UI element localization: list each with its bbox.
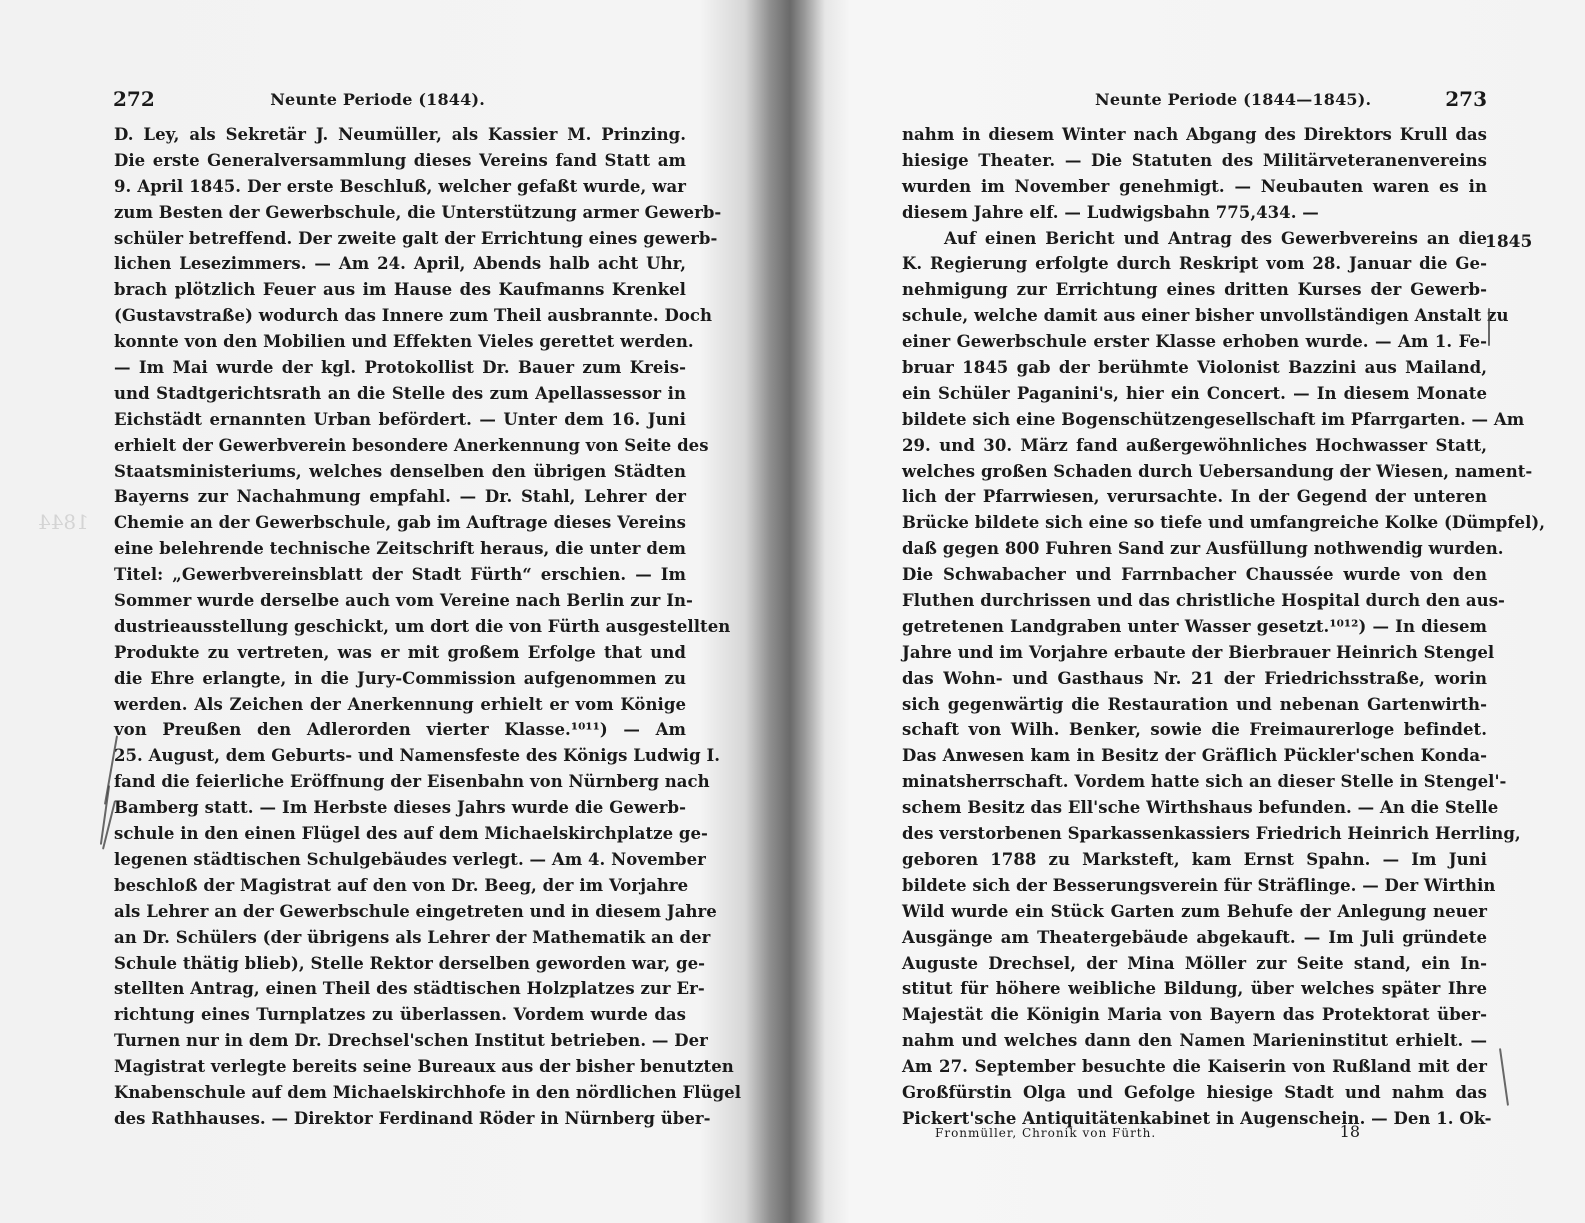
- left-page: 1844 272 Neunte Periode (1844). D. Ley, …: [0, 0, 760, 1223]
- text-line: sich gegenwärtig die Restauration und ne…: [902, 692, 1487, 718]
- pencil-mark: [1499, 1048, 1509, 1106]
- text-line: daß gegen 800 Fuhren Sand zur Ausfüllung…: [902, 536, 1487, 562]
- right-body-text: nahm in diesem Winter nach Abgang des Di…: [902, 122, 1487, 1132]
- text-line: Das Anwesen kam in Besitz der Gräflich P…: [902, 743, 1487, 769]
- text-line: einer Gewerbschule erster Klasse erhoben…: [902, 329, 1487, 355]
- text-line: Auguste Drechsel, der Mina Möller zur Se…: [902, 951, 1487, 977]
- text-line: und Stadtgerichtsrath an die Stelle des …: [114, 381, 686, 407]
- text-line: Magistrat verlegte bereits seine Bureaux…: [114, 1054, 686, 1080]
- margin-year-note: 1845: [1485, 232, 1532, 252]
- text-line: lichen Lesezimmers. — Am 24. April, Aben…: [114, 251, 686, 277]
- text-line: Brücke bildete sich eine so tiefe und um…: [902, 510, 1487, 536]
- text-line: Majestät die Königin Maria von Bayern da…: [902, 1002, 1487, 1028]
- text-line: konnte von den Mobilien und Effekten Vie…: [114, 329, 686, 355]
- text-line: Jahre und im Vorjahre erbaute der Bierbr…: [902, 640, 1487, 666]
- text-line: Chemie an der Gewerbschule, gab im Auftr…: [114, 510, 686, 536]
- text-line: geboren 1788 zu Marksteft, kam Ernst Spa…: [902, 847, 1487, 873]
- text-line: Produkte zu vertreten, was er mit großem…: [114, 640, 686, 666]
- text-line: minatsherrschaft. Vordem hatte sich an d…: [902, 769, 1487, 795]
- printer-signature: Fronmüller, Chronik von Fürth.: [935, 1126, 1156, 1140]
- text-line: Bamberg statt. — Im Herbste dieses Jahrs…: [114, 795, 686, 821]
- text-line: eine belehrende technische Zeitschrift h…: [114, 536, 686, 562]
- left-body-text: D. Ley, als Sekretär J. Neumüller, als K…: [114, 122, 686, 1132]
- right-running-head: Neunte Periode (1844—1845). 273: [910, 86, 1487, 112]
- page-footer: Fronmüller, Chronik von Fürth. 18: [935, 1122, 1455, 1141]
- text-line: schaft von Wilh. Benker, sowie die Freim…: [902, 717, 1487, 743]
- text-line: schüler betreffend. Der zweite galt der …: [114, 226, 686, 252]
- text-line: wurden im November genehmigt. — Neubaute…: [902, 174, 1487, 200]
- text-line: getretenen Landgraben unter Wasser geset…: [902, 614, 1487, 640]
- text-line: werden. Als Zeichen der Anerkennung erhi…: [114, 692, 686, 718]
- text-line: von Preußen den Adlerorden vierter Klass…: [114, 717, 686, 743]
- text-line: als Lehrer an der Gewerbschule eingetret…: [114, 899, 686, 925]
- text-line: 9. April 1845. Der erste Beschluß, welch…: [114, 174, 686, 200]
- page-number: 272: [113, 87, 155, 111]
- text-line: welches großen Schaden durch Uebersandun…: [902, 459, 1487, 485]
- text-line: nahm und welches dann den Namen Marienin…: [902, 1028, 1487, 1054]
- text-line: Knabenschule auf dem Michaelskirchhofe i…: [114, 1080, 686, 1106]
- text-line: schem Besitz das Ell'sche Wirthshaus bef…: [902, 795, 1487, 821]
- bleed-through-mark: 1844: [38, 510, 89, 534]
- text-line: diesem Jahre elf. — Ludwigsbahn 775,434.…: [902, 200, 1487, 226]
- text-line: Wild wurde ein Stück Garten zum Behufe d…: [902, 899, 1487, 925]
- text-line: Fluthen durchrissen und das christliche …: [902, 588, 1487, 614]
- text-line: Titel: „Gewerbvereinsblatt der Stadt Für…: [114, 562, 686, 588]
- text-line: nehmigung zur Errichtung eines dritten K…: [902, 277, 1487, 303]
- text-line: schule in den einen Flügel des auf dem M…: [114, 821, 686, 847]
- text-line: Am 27. September besuchte die Kaiserin v…: [902, 1054, 1487, 1080]
- running-head-title: Neunte Periode (1844).: [270, 90, 485, 109]
- right-page: Neunte Periode (1844—1845). 273 1845 nah…: [810, 0, 1585, 1223]
- text-line: fand die feierliche Eröffnung der Eisenb…: [114, 769, 686, 795]
- text-line: die Ehre erlangte, in die Jury-Commissio…: [114, 666, 686, 692]
- text-line: an Dr. Schülers (der übrigens als Lehrer…: [114, 925, 686, 951]
- text-line: lich der Pfarrwiesen, verursachte. In de…: [902, 484, 1487, 510]
- text-line: erhielt der Gewerbverein besondere Anerk…: [114, 433, 686, 459]
- text-line: 25. August, dem Geburts- und Namensfeste…: [114, 743, 686, 769]
- text-line: Eichstädt ernannten Urban befördert. — U…: [114, 407, 686, 433]
- text-line: Auf einen Bericht und Antrag des Gewerbv…: [902, 226, 1487, 252]
- left-running-head: 272 Neunte Periode (1844).: [113, 86, 685, 112]
- text-line: Ausgänge am Theatergebäude abgekauft. — …: [902, 925, 1487, 951]
- text-line: des Rathhauses. — Direktor Ferdinand Röd…: [114, 1106, 686, 1132]
- text-line: Staatsministeriums, welches denselben de…: [114, 459, 686, 485]
- pencil-mark: [1488, 308, 1490, 346]
- text-line: hiesige Theater. — Die Statuten des Mili…: [902, 148, 1487, 174]
- running-head-title: Neunte Periode (1844—1845).: [1095, 90, 1371, 109]
- text-line: (Gustavstraße) wodurch das Innere zum Th…: [114, 303, 686, 329]
- text-line: zum Besten der Gewerbschule, die Unterst…: [114, 200, 686, 226]
- text-line: Die erste Generalversammlung dieses Vere…: [114, 148, 686, 174]
- page-number: 273: [1445, 87, 1487, 111]
- text-line: D. Ley, als Sekretär J. Neumüller, als K…: [114, 122, 686, 148]
- text-line: nahm in diesem Winter nach Abgang des Di…: [902, 122, 1487, 148]
- text-line: Die Schwabacher und Farrnbacher Chaussée…: [902, 562, 1487, 588]
- text-line: Sommer wurde derselbe auch vom Vereine n…: [114, 588, 686, 614]
- text-line: Großfürstin Olga und Gefolge hiesige Sta…: [902, 1080, 1487, 1106]
- text-line: das Wohn- und Gasthaus Nr. 21 der Friedr…: [902, 666, 1487, 692]
- text-line: K. Regierung erfolgte durch Reskript vom…: [902, 251, 1487, 277]
- text-line: Turnen nur in dem Dr. Drechsel'schen Ins…: [114, 1028, 686, 1054]
- text-line: stellten Antrag, einen Theil des städtis…: [114, 976, 686, 1002]
- text-line: brach plötzlich Feuer aus im Hause des K…: [114, 277, 686, 303]
- text-line: — Im Mai wurde der kgl. Protokollist Dr.…: [114, 355, 686, 381]
- text-line: bildete sich eine Bogenschützengesellsch…: [902, 407, 1487, 433]
- text-line: bildete sich der Besserungsverein für St…: [902, 873, 1487, 899]
- signature-number: 18: [1340, 1122, 1360, 1141]
- text-line: dustrieausstellung geschickt, um dort di…: [114, 614, 686, 640]
- text-line: 29. und 30. März fand außergewöhnliches …: [902, 433, 1487, 459]
- text-line: bruar 1845 gab der berühmte Violonist Ba…: [902, 355, 1487, 381]
- text-line: richtung eines Turnplatzes zu überlassen…: [114, 1002, 686, 1028]
- text-line: Bayerns zur Nachahmung empfahl. — Dr. St…: [114, 484, 686, 510]
- text-line: schule, welche damit aus einer bisher un…: [902, 303, 1487, 329]
- text-line: legenen städtischen Schulgebäudes verleg…: [114, 847, 686, 873]
- text-line: beschloß der Magistrat auf den von Dr. B…: [114, 873, 686, 899]
- text-line: des verstorbenen Sparkassenkassiers Frie…: [902, 821, 1487, 847]
- text-line: ein Schüler Paganini's, hier ein Concert…: [902, 381, 1487, 407]
- text-line: stitut für höhere weibliche Bildung, übe…: [902, 976, 1487, 1002]
- text-line: Schule thätig blieb), Stelle Rektor ders…: [114, 951, 686, 977]
- book-spread: 1844 272 Neunte Periode (1844). D. Ley, …: [0, 0, 1585, 1223]
